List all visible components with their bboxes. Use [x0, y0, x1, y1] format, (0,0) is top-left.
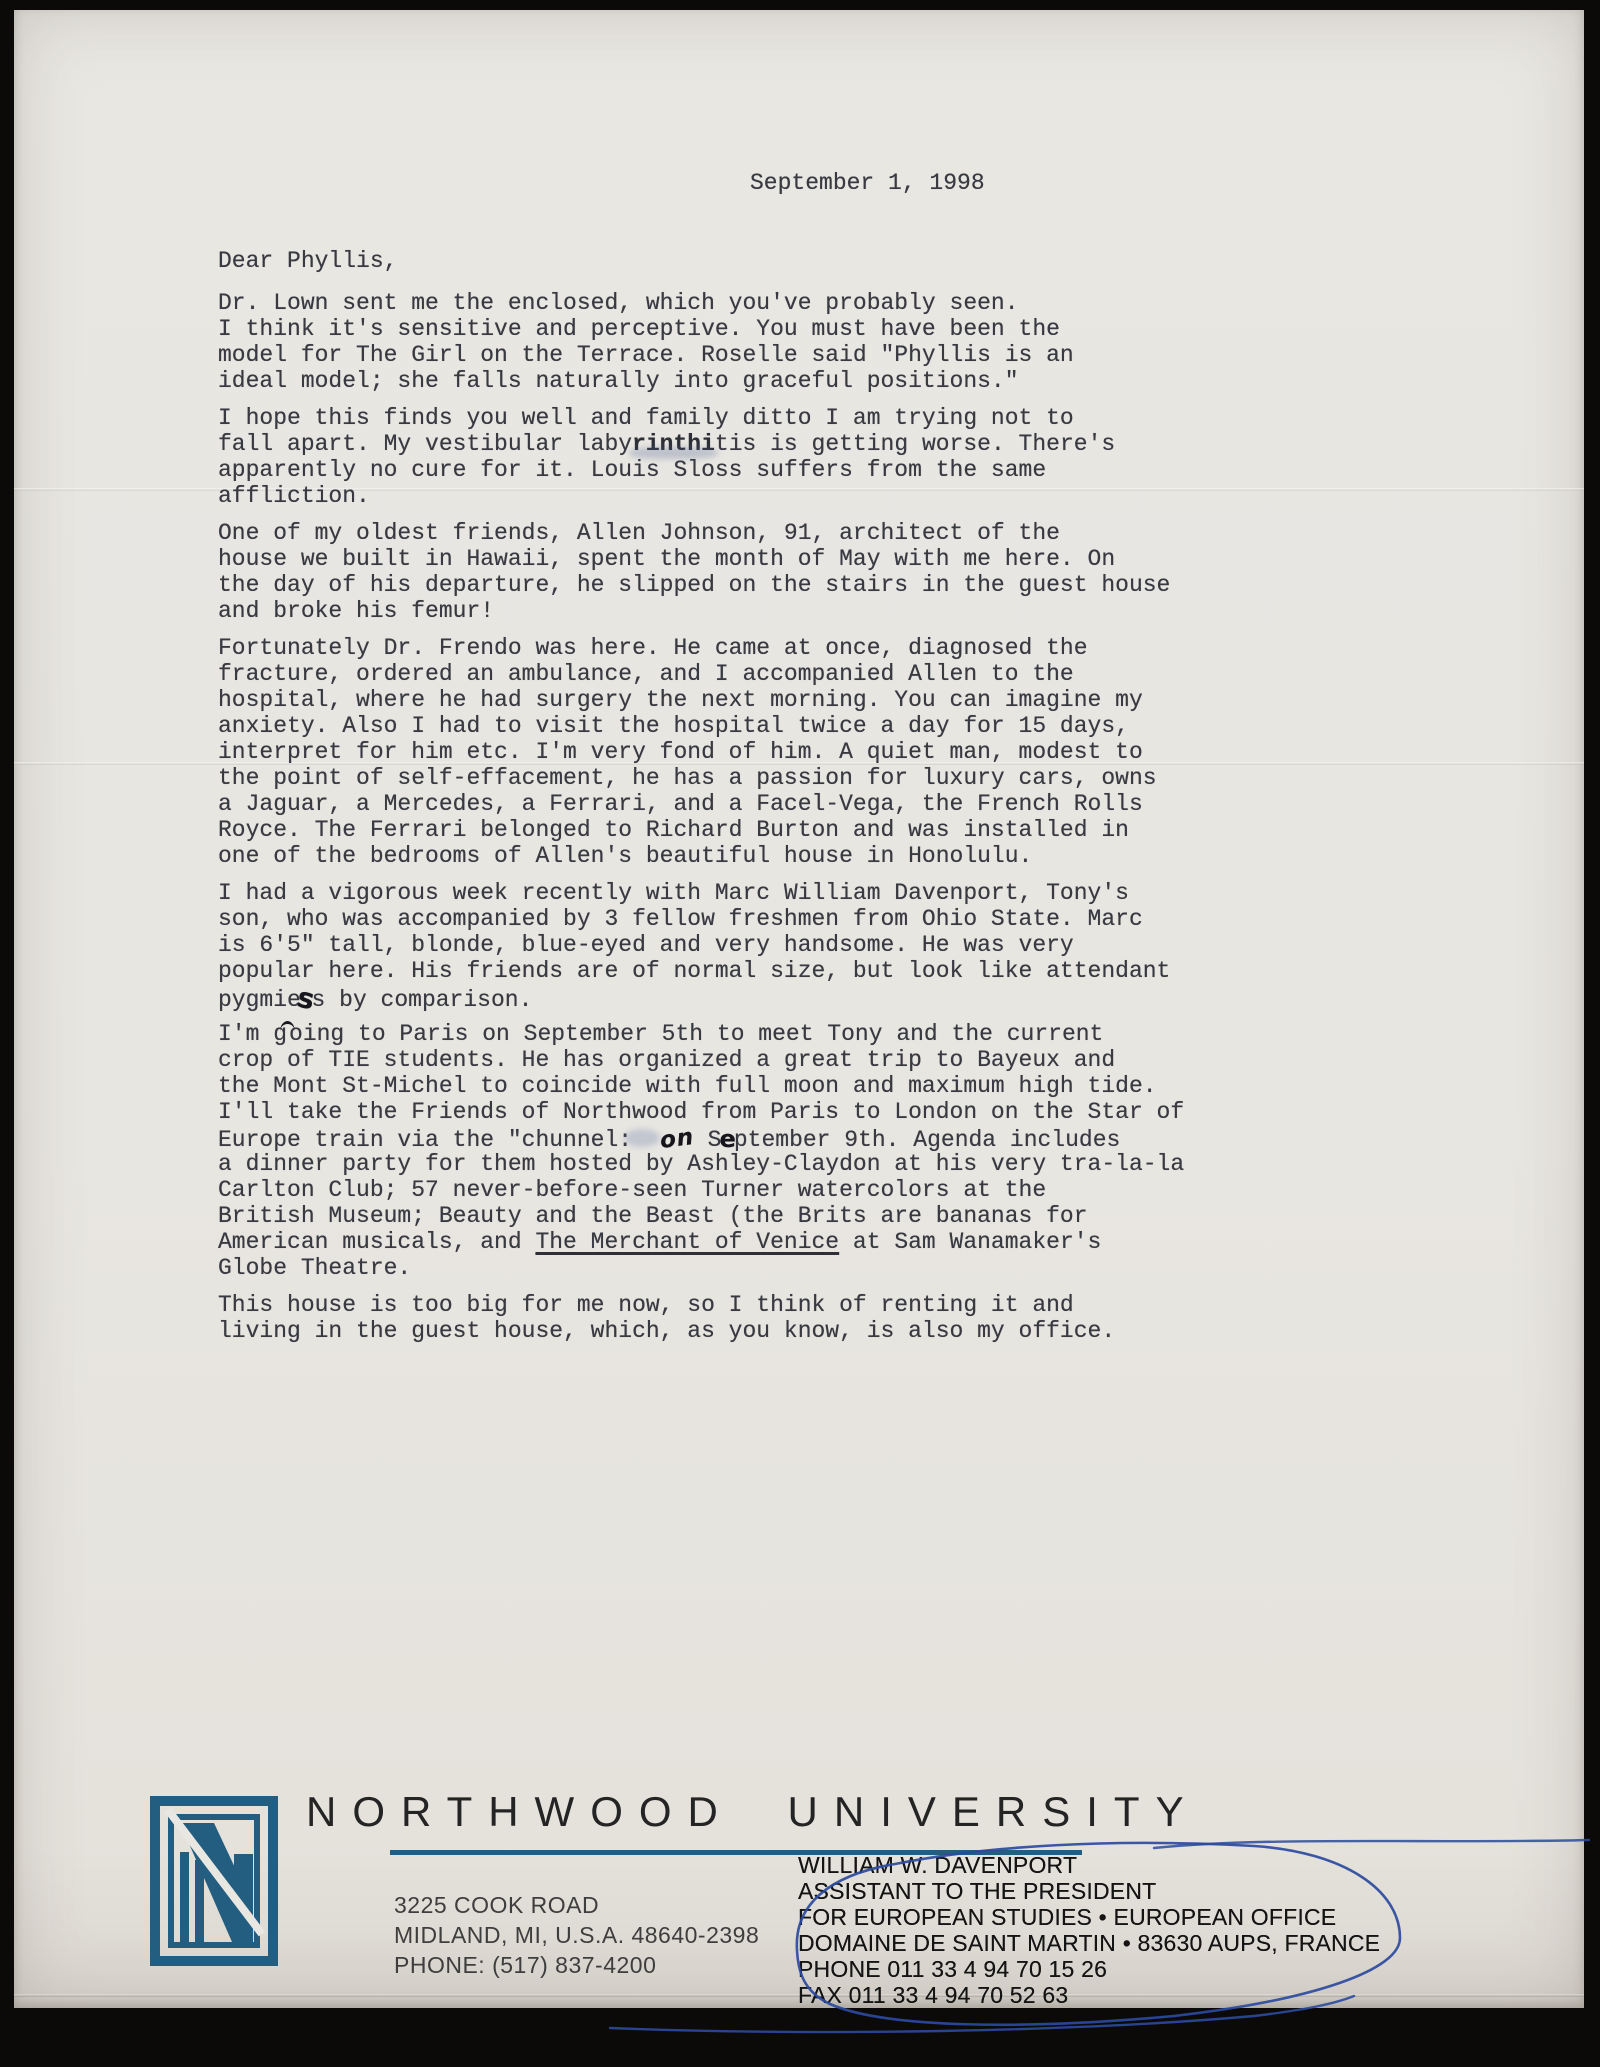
university-name: NORTHWOOD UNIVERSITY [306, 1788, 1200, 1836]
letter-line: the day of his departure, he slipped on … [218, 572, 1184, 598]
letter-line: Dr. Lown sent me the enclosed, which you… [218, 290, 1184, 316]
letter-line: ideal model; she falls naturally into gr… [218, 368, 1184, 394]
letter-line: apparently no cure for it. Louis Sloss s… [218, 457, 1184, 483]
letter-line: popular here. His friends are of normal … [218, 958, 1184, 984]
letter-line: is 6'5" tall, blonde, blue-eyed and very… [218, 932, 1184, 958]
letter-line: I'll take the Friends of Northwood from … [218, 1099, 1184, 1125]
letter-paragraph: Fortunately Dr. Frendo was here. He came… [218, 635, 1184, 869]
letter-line: I had a vigorous week recently with Marc… [218, 880, 1184, 906]
letter-line: This house is too big for me now, so I t… [218, 1292, 1184, 1318]
stamp-line: ASSISTANT TO THE PRESIDENT [798, 1878, 1380, 1904]
letter-paragraph: I hope this finds you well and family di… [218, 405, 1184, 509]
letter-line: British Museum; Beauty and the Beast (th… [218, 1203, 1184, 1229]
address-line: PHONE: (517) 837-4200 [394, 1950, 759, 1980]
letter-line: Fortunately Dr. Frendo was here. He came… [218, 635, 1184, 661]
scanned-letter: September 1, 1998 Dear Phyllis, Dr. Lown… [0, 0, 1600, 2067]
letter-line: anxiety. Also I had to visit the hospita… [218, 713, 1184, 739]
letter-line: interpret for him etc. I'm very fond of … [218, 739, 1184, 765]
letter-line: I think it's sensitive and perceptive. Y… [218, 316, 1184, 342]
letter-page: September 1, 1998 Dear Phyllis, Dr. Lown… [14, 10, 1584, 2008]
letter-salutation: Dear Phyllis, [218, 248, 397, 274]
letter-line: fall apart. My vestibular labyrinthitis … [218, 431, 1184, 457]
letter-line: Globe Theatre. [218, 1255, 1184, 1281]
letter-paragraph: One of my oldest friends, Allen Johnson,… [218, 520, 1184, 624]
letter-line: American musicals, and The Merchant of V… [218, 1229, 1184, 1255]
letter-line: affliction. [218, 483, 1184, 509]
letter-line: One of my oldest friends, Allen Johnson,… [218, 520, 1184, 546]
letter-line: Carlton Club; 57 never-before-seen Turne… [218, 1177, 1184, 1203]
letter-body: Dr. Lown sent me the enclosed, which you… [218, 290, 1184, 1355]
northwood-logo-icon [150, 1796, 278, 1966]
letter-paragraph: I had a vigorous week recently with Marc… [218, 880, 1184, 1010]
letter-line: I hope this finds you well and family di… [218, 405, 1184, 431]
letter-line: a Jaguar, a Mercedes, a Ferrari, and a F… [218, 791, 1184, 817]
letter-line: one of the bedrooms of Allen's beautiful… [218, 843, 1184, 869]
letter-date: September 1, 1998 [750, 170, 985, 196]
letterhead-address: 3225 COOK ROADMIDLAND, MI, U.S.A. 48640-… [394, 1890, 759, 1980]
letter-line: pygmiess by comparison. [218, 984, 1184, 1010]
stamp-line: WILLIAM W. DAVENPORT [798, 1852, 1380, 1878]
letter-line: a dinner party for them hosted by Ashley… [218, 1151, 1184, 1177]
letter-line: the Mont St-Michel to coincide with full… [218, 1073, 1184, 1099]
letter-paragraph: I'm going to Paris on September 5th to m… [218, 1021, 1184, 1281]
letter-paragraph: This house is too big for me now, so I t… [218, 1292, 1184, 1344]
letter-line: son, who was accompanied by 3 fellow fre… [218, 906, 1184, 932]
address-line: 3225 COOK ROAD [394, 1890, 759, 1920]
letter-line: house we built in Hawaii, spent the mont… [218, 546, 1184, 572]
letter-line: hospital, where he had surgery the next … [218, 687, 1184, 713]
letter-line: and broke his femur! [218, 598, 1184, 624]
letter-line: I'm going to Paris on September 5th to m… [218, 1021, 1184, 1047]
letter-line: the point of self-effacement, he has a p… [218, 765, 1184, 791]
stamp-line: FAX 011 33 4 94 70 52 63 [798, 1982, 1380, 2008]
letter-line: fracture, ordered an ambulance, and I ac… [218, 661, 1184, 687]
letter-line: Europe train via the "chunnel: on Septem… [218, 1125, 1184, 1151]
stamp-line: DOMAINE DE SAINT MARTIN • 83630 AUPS, FR… [798, 1930, 1380, 1956]
address-line: MIDLAND, MI, U.S.A. 48640-2398 [394, 1920, 759, 1950]
stamp-line: PHONE 011 33 4 94 70 15 26 [798, 1956, 1380, 1982]
letter-line: living in the guest house, which, as you… [218, 1318, 1184, 1344]
letter-paragraph: Dr. Lown sent me the enclosed, which you… [218, 290, 1184, 394]
letter-line: model for The Girl on the Terrace. Rosel… [218, 342, 1184, 368]
letter-line: crop of TIE students. He has organized a… [218, 1047, 1184, 1073]
address-stamp: WILLIAM W. DAVENPORTASSISTANT TO THE PRE… [798, 1852, 1380, 2008]
letter-line: Royce. The Ferrari belonged to Richard B… [218, 817, 1184, 843]
stamp-line: FOR EUROPEAN STUDIES • EUROPEAN OFFICE [798, 1904, 1380, 1930]
